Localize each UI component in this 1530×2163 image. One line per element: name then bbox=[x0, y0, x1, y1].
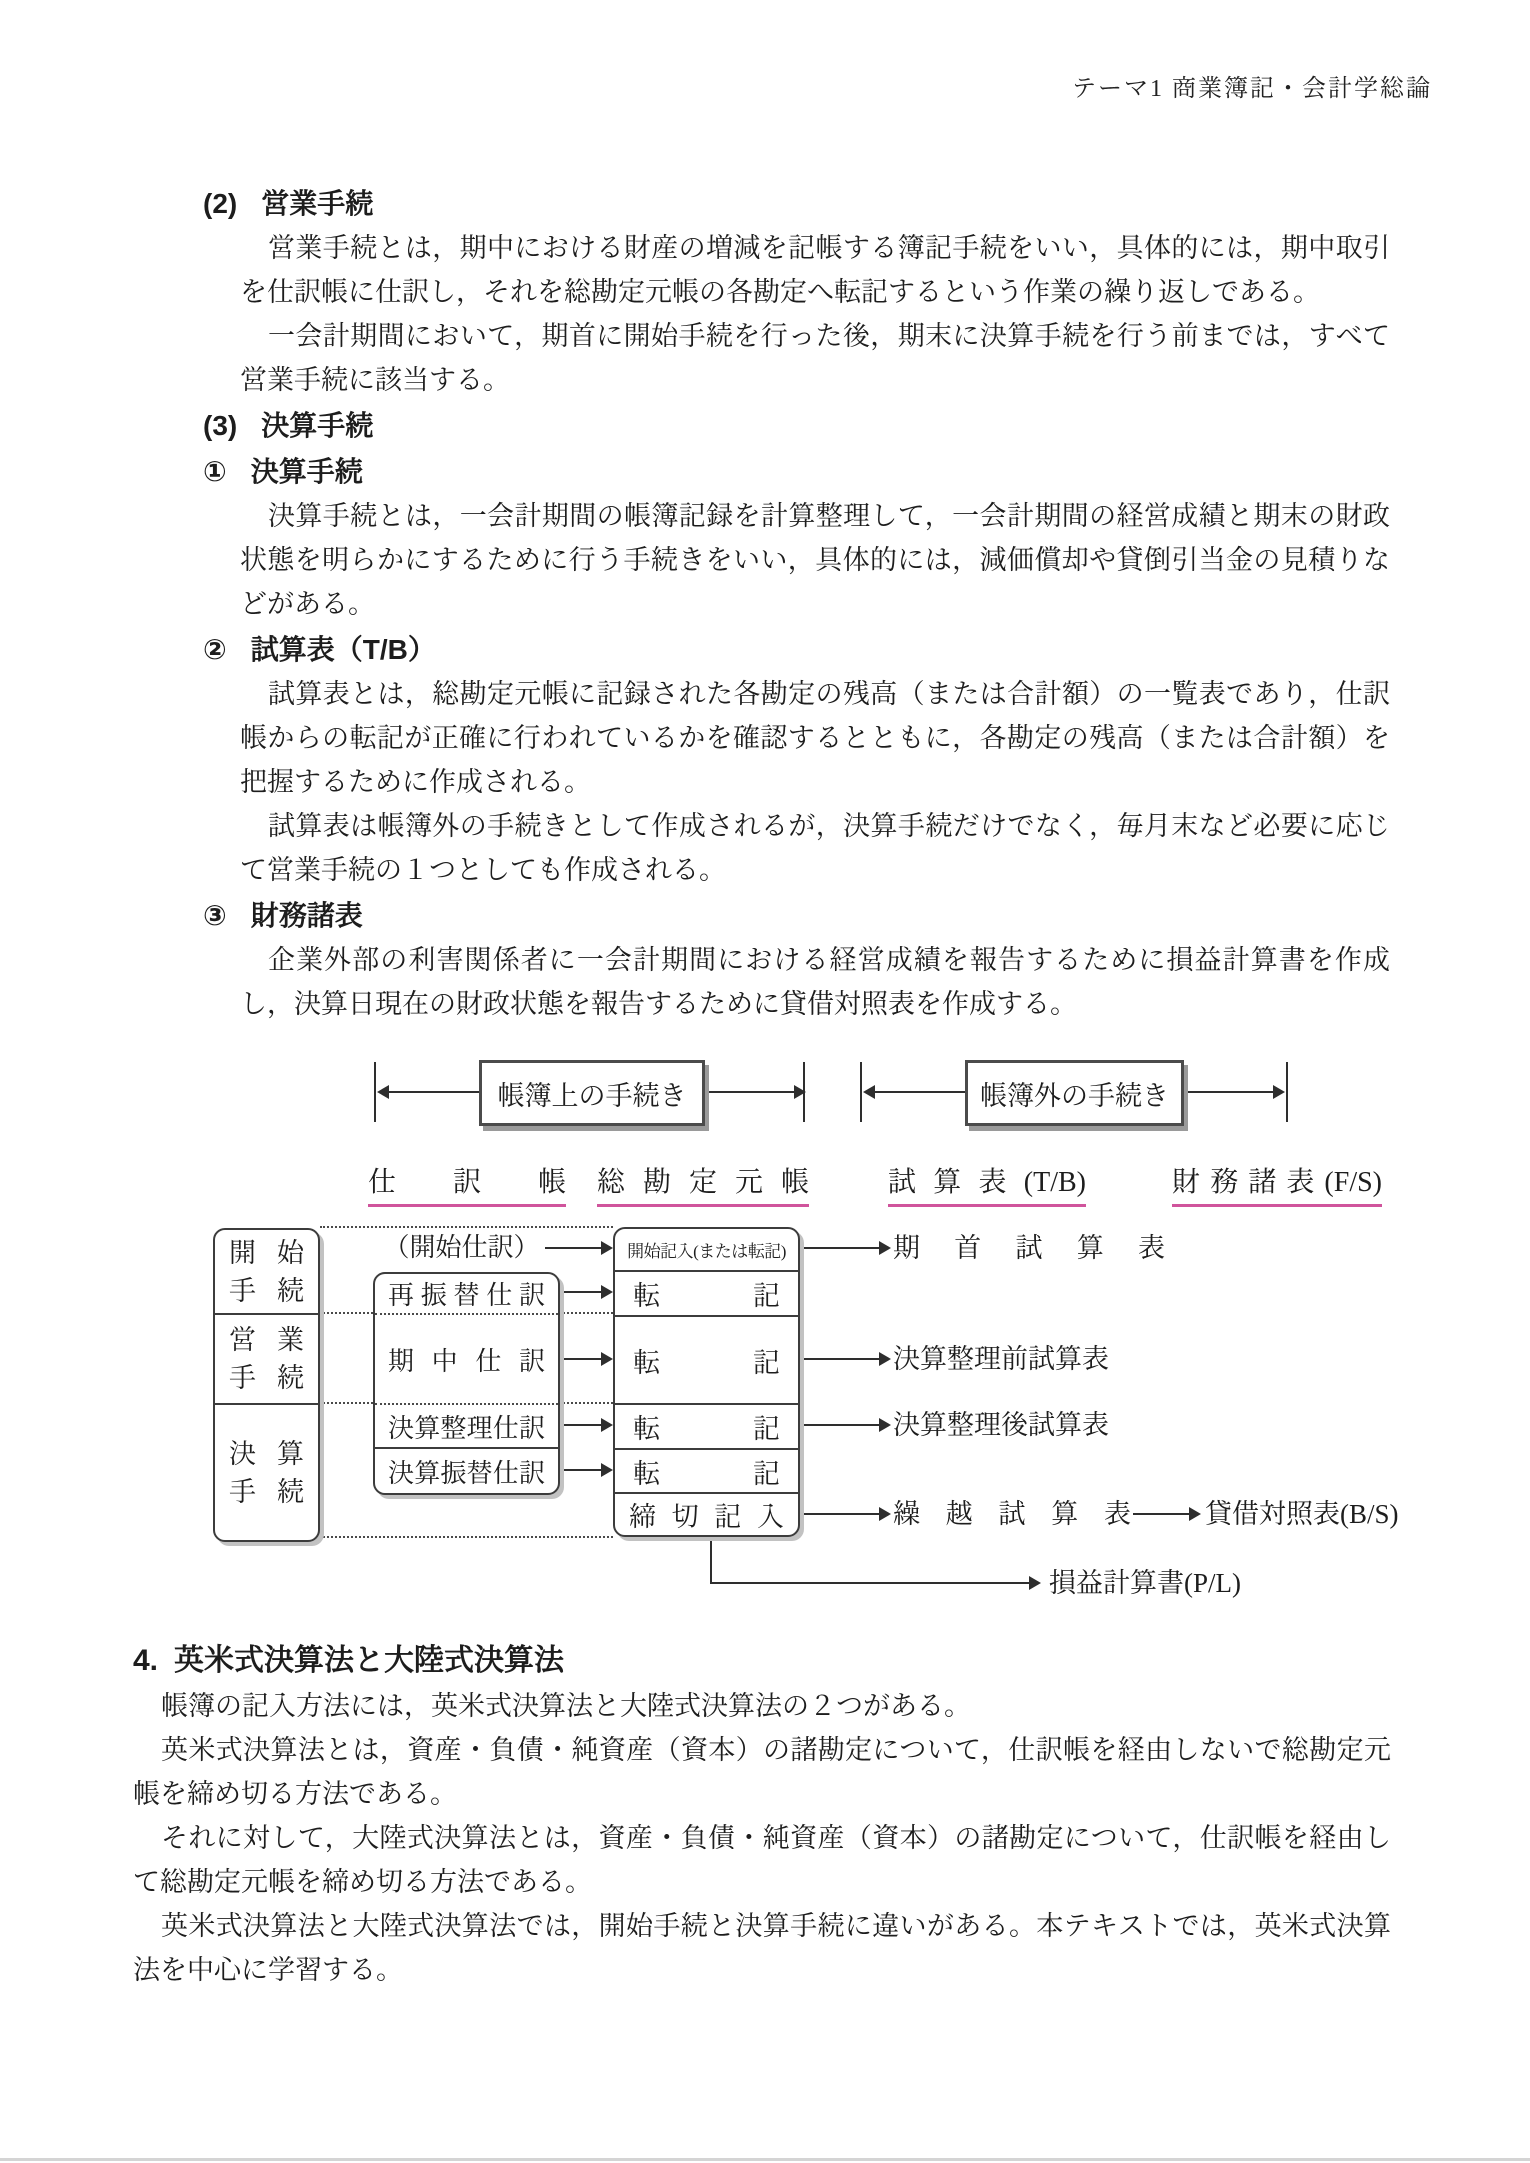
item-3-number: ③ bbox=[203, 894, 227, 938]
span-box-on-book-procedure: 帳簿上の手続き bbox=[479, 1060, 705, 1126]
section-4-paragraph-1: 帳簿の記入方法には，英米式決算法と大陸式決算法の２つがある。 bbox=[133, 1684, 1391, 1728]
process-closing-line2: 手 続 bbox=[215, 1473, 318, 1511]
item-3-heading: ③財務諸表 bbox=[140, 894, 1390, 938]
ledger-row-closing-entry: 締 切 記 入 bbox=[615, 1494, 798, 1535]
dashed-line-mid1-left bbox=[320, 1312, 373, 1314]
label-post-adjusted-trial-balance: 決算整理後試算表 bbox=[893, 1405, 1109, 1445]
page-header-title: テーマ1 商業簿記・会計学総論 bbox=[1072, 68, 1432, 103]
arrow-closing-adjusting-to-ledger bbox=[558, 1424, 602, 1426]
connector-to-income-statement-vertical bbox=[710, 1537, 712, 1584]
section-2-paragraph-2: 一会計期間において，期首に開始手続を行った後，期末に決算手続を行う前までは，すべ… bbox=[240, 314, 1390, 402]
arrow-to-opening-trial-balance bbox=[800, 1247, 880, 1249]
arrow-closing-transfer-to-ledger bbox=[558, 1469, 602, 1471]
ledger-row-posting-3: 転 記 bbox=[615, 1405, 798, 1450]
item-2-title: 試算表（T/B） bbox=[251, 634, 436, 665]
arrow-readjusting-to-ledger bbox=[558, 1291, 602, 1293]
span-left-start-bar bbox=[374, 1062, 376, 1122]
label-income-statement: 損益計算書(P/L) bbox=[1049, 1563, 1241, 1603]
page-bottom-edge bbox=[0, 2158, 1530, 2161]
item-2-paragraph-1: 試算表とは，総勘定元帳に記録された各勘定の残高（または合計額）の一覧表であり，仕… bbox=[240, 672, 1390, 804]
section-4-paragraph-2: 英米式決算法とは，資産・負債・純資産（資本）の諸勘定について，仕訳帳を経由しない… bbox=[133, 1728, 1391, 1816]
section-2-number: (2) bbox=[203, 182, 237, 226]
item-1-title: 決算手続 bbox=[251, 456, 363, 487]
item-3-title: 財務諸表 bbox=[251, 900, 363, 931]
section-2-paragraph-1: 営業手続とは，期中における財産の増減を記帳する簿記手続をいい，具体的には，期中取… bbox=[240, 226, 1390, 314]
arrow-to-post-adjusted-trial-balance bbox=[800, 1424, 880, 1426]
process-opening: 開 始 手 続 bbox=[215, 1230, 318, 1315]
column-header-journal: 仕 訳 帳 bbox=[368, 1166, 566, 1207]
ledger-row-posting-4: 転 記 bbox=[615, 1450, 798, 1494]
section-3-heading: (3)決算手続 bbox=[140, 404, 1390, 448]
ledger-row-closing-entry-label: 締 切 記 入 bbox=[615, 1495, 798, 1534]
opening-entry-label: （開始仕訳） bbox=[383, 1232, 540, 1264]
journal-row-closing-adjusting-label: 決算整理仕訳 bbox=[375, 1408, 558, 1445]
column-header-financial-statements: 財務諸表(F/S) bbox=[1172, 1166, 1382, 1207]
journal-row-during-period-label: 期 中 仕 訳 bbox=[375, 1341, 558, 1378]
span-box-off-book-procedure: 帳簿外の手続き bbox=[965, 1060, 1184, 1126]
label-pre-adjusted-trial-balance: 決算整理前試算表 bbox=[893, 1339, 1109, 1379]
ledger-row-posting-4-label: 転 記 bbox=[615, 1452, 798, 1491]
section-4-number: 4. bbox=[133, 1644, 158, 1677]
process-operating-line1: 営 業 bbox=[215, 1321, 318, 1359]
item-2-paragraph-2: 試算表は帳簿外の手続きとして作成されるが，決算手続だけでなく，毎月末など必要に応… bbox=[240, 804, 1390, 892]
section-4-title: 英米式決算法と大陸式決算法 bbox=[174, 1644, 564, 1677]
section-3-number: (3) bbox=[203, 404, 237, 448]
ledger-box: 開始記入(または転記) 転 記 転 記 転 記 転 記 締 切 記 入 bbox=[613, 1227, 800, 1537]
process-operating-line2: 手 続 bbox=[215, 1359, 318, 1397]
label-opening-trial-balance: 期 首 試 算 表 bbox=[893, 1228, 1165, 1268]
arrow-during-period-to-ledger bbox=[558, 1358, 602, 1360]
process-opening-line1: 開 始 bbox=[215, 1234, 318, 1272]
dashed-line-mid1-right bbox=[560, 1312, 613, 1314]
ledger-row-posting-2: 転 記 bbox=[615, 1317, 798, 1405]
section-2-title: 営業手続 bbox=[261, 188, 373, 219]
item-1-heading: ①決算手続 bbox=[140, 450, 1390, 494]
dashed-line-mid2-left bbox=[320, 1402, 373, 1404]
column-header-general-ledger: 総勘定元帳 bbox=[597, 1166, 809, 1207]
journal-row-readjusting: 再 振 替 仕 訳 bbox=[375, 1274, 558, 1315]
section-3-title: 決算手続 bbox=[261, 410, 373, 441]
arrow-opening-entry-to-ledger bbox=[545, 1247, 602, 1249]
section-4-paragraph-4: 英米式決算法と大陸式決算法では，開始手続と決算手続に違いがある。本テキストでは，… bbox=[133, 1904, 1391, 1992]
ledger-row-opening-entry-label: 開始記入(または転記) bbox=[615, 1237, 798, 1262]
label-balance-sheet: 貸借対照表(B/S) bbox=[1205, 1494, 1399, 1534]
journal-box: 再 振 替 仕 訳 期 中 仕 訳 決算整理仕訳 決算振替仕訳 bbox=[373, 1272, 560, 1495]
journal-row-closing-transfer-label: 決算振替仕訳 bbox=[375, 1453, 558, 1490]
ledger-row-opening-entry: 開始記入(または転記) bbox=[615, 1229, 798, 1272]
ledger-row-posting-2-label: 転 記 bbox=[615, 1341, 798, 1380]
process-operating: 営 業 手 続 bbox=[215, 1315, 318, 1405]
arrow-to-carryover-trial-balance bbox=[800, 1513, 880, 1515]
ledger-row-posting-3-label: 転 記 bbox=[615, 1407, 798, 1446]
section-4-paragraph-3: それに対して，大陸式決算法とは，資産・負債・純資産（資本）の諸勘定について，仕訳… bbox=[133, 1816, 1391, 1904]
item-1-number: ① bbox=[203, 450, 227, 494]
section-4: 4.英米式決算法と大陸式決算法 帳簿の記入方法には，英米式決算法と大陸式決算法の… bbox=[133, 1630, 1395, 1992]
item-3-paragraph-1: 企業外部の利害関係者に一会計期間における経営成績を報告するために損益計算書を作成… bbox=[240, 938, 1390, 1026]
arrow-to-balance-sheet bbox=[1133, 1513, 1190, 1515]
item-2-number: ② bbox=[203, 628, 227, 672]
journal-row-closing-adjusting: 決算整理仕訳 bbox=[375, 1405, 558, 1449]
section-2-heading: (2)営業手続 bbox=[140, 182, 1390, 226]
process-closing: 決 算 手 続 bbox=[215, 1405, 318, 1540]
label-carryover-trial-balance: 繰 越 試 算 表 bbox=[893, 1494, 1131, 1534]
journal-row-closing-transfer: 決算振替仕訳 bbox=[375, 1449, 558, 1493]
bookkeeping-flow-diagram: 帳簿上の手続き 帳簿外の手続き 仕 訳 帳 総勘定元帳 試算表(T/B) 財務諸… bbox=[0, 1040, 1530, 1630]
span-right-end-bar bbox=[1286, 1062, 1288, 1122]
item-2-heading: ②試算表（T/B） bbox=[140, 628, 1390, 672]
process-closing-line1: 決 算 bbox=[215, 1435, 318, 1473]
dashed-line-top bbox=[320, 1226, 613, 1228]
ledger-row-posting-1-label: 転 記 bbox=[615, 1274, 798, 1313]
item-1-paragraph-1: 決算手続とは，一会計期間の帳簿記録を計算整理して，一会計期間の経営成績と期末の財… bbox=[240, 494, 1390, 626]
journal-row-readjusting-label: 再 振 替 仕 訳 bbox=[375, 1275, 558, 1312]
process-opening-line2: 手 続 bbox=[215, 1272, 318, 1310]
dashed-line-bottom bbox=[320, 1536, 613, 1538]
main-text: (2)営業手続 営業手続とは，期中における財産の増減を記帳する簿記手続をいい，具… bbox=[140, 180, 1390, 1026]
span-right-start-bar bbox=[860, 1062, 862, 1122]
ledger-row-posting-1: 転 記 bbox=[615, 1272, 798, 1317]
arrow-to-pre-adjusted-trial-balance bbox=[800, 1358, 880, 1360]
section-4-heading: 4.英米式決算法と大陸式決算法 bbox=[133, 1638, 1395, 1684]
journal-row-during-period: 期 中 仕 訳 bbox=[375, 1315, 558, 1405]
column-header-trial-balance: 試算表(T/B) bbox=[888, 1166, 1086, 1207]
dashed-line-mid2-right bbox=[560, 1402, 613, 1404]
process-column-box: 開 始 手 続 営 業 手 続 決 算 手 続 bbox=[213, 1228, 320, 1542]
arrow-to-income-statement bbox=[710, 1582, 1030, 1584]
